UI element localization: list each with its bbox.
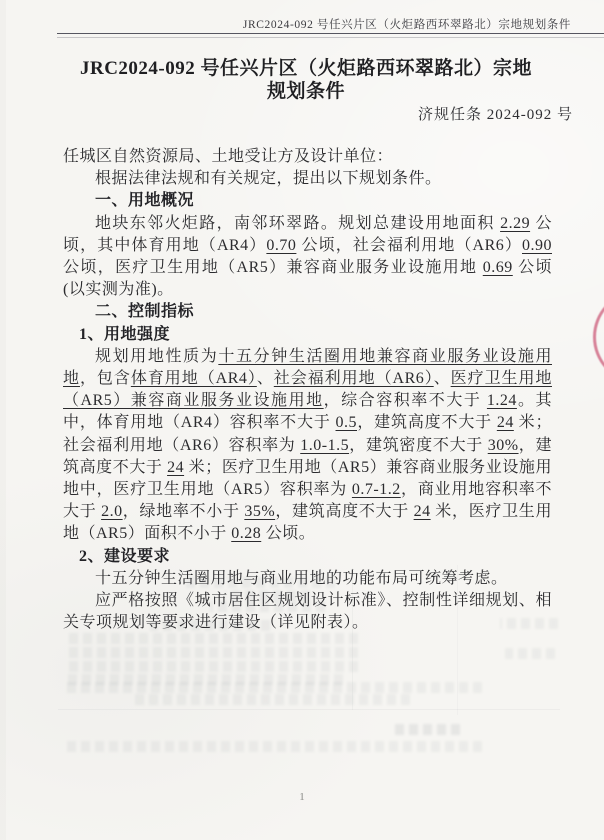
bleed-through-table-line bbox=[58, 709, 560, 710]
bleed-through-artifact bbox=[150, 620, 270, 631]
doc-title-line1: JRC2024-092 号任兴片区（火炬路西环翠路北）宗地 bbox=[60, 57, 552, 80]
bleed-through-artifact bbox=[505, 648, 555, 659]
header-rule-echo bbox=[57, 37, 604, 38]
document-body: 任城区自然资源局、土地受让方及设计单位： 根据法律法规和有关规定，提出以下规划条… bbox=[63, 146, 552, 634]
bleed-through-table-line bbox=[457, 565, 458, 715]
bleed-through-artifact bbox=[68, 647, 358, 658]
bleed-through-artifact bbox=[130, 694, 410, 705]
bleed-through-artifact bbox=[210, 601, 325, 612]
land-overview-paragraph: 地块东邻火炬路，南邻环翠路。规划总建设用地面积 2.29 公顷，其中体育用地（A… bbox=[63, 213, 552, 302]
bleed-through-artifact bbox=[68, 661, 358, 672]
bleed-through-table-line bbox=[352, 568, 353, 710]
section-1-heading: 一、用地概况 bbox=[63, 190, 552, 212]
bleed-through-artifact bbox=[395, 724, 460, 735]
bleed-through-artifact bbox=[225, 590, 310, 601]
page-number: 1 bbox=[0, 791, 604, 803]
running-header: JRC2024-092 号任兴片区（火炬路西环翠路北）宗地规划条件 bbox=[243, 16, 571, 32]
section-2-heading: 二、控制指标 bbox=[63, 301, 552, 323]
doc-title: JRC2024-092 号任兴片区（火炬路西环翠路北）宗地 规划条件 bbox=[60, 57, 552, 103]
salutation: 任城区自然资源局、土地受让方及设计单位： bbox=[63, 146, 552, 168]
bleed-through-artifact bbox=[500, 618, 558, 629]
bleed-through-artifact bbox=[62, 741, 482, 752]
bleed-through-artifact bbox=[68, 633, 358, 644]
bleed-through-artifact bbox=[185, 577, 335, 588]
subsection-1-heading: 1、用地强度 bbox=[63, 324, 552, 346]
doc-number: 济规任条 2024-092 号 bbox=[418, 103, 573, 124]
bleed-through-artifact bbox=[62, 682, 482, 693]
subsection-2-heading: 2、建设要求 bbox=[63, 546, 552, 568]
intro-paragraph: 根据法律法规和有关规定，提出以下规划条件。 bbox=[63, 168, 552, 190]
red-seal-arc bbox=[593, 290, 604, 384]
header-rule bbox=[57, 33, 604, 34]
land-intensity-paragraph: 规划用地性质为十五分钟生活圈用地兼容商业服务业设施用地，包含体育用地（AR4）、… bbox=[63, 346, 552, 546]
doc-title-line2: 规划条件 bbox=[60, 80, 552, 103]
